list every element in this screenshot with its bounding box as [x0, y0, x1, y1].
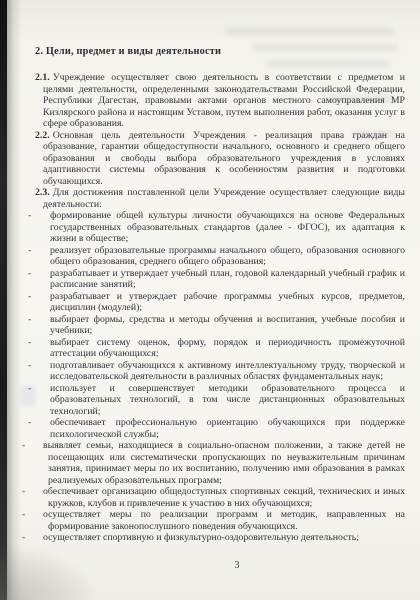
list-item: -формирование общей культуры личности об… [35, 210, 405, 245]
list-item-text: осуществляет меры по реализации программ… [43, 509, 405, 532]
dash-marker: - [35, 532, 43, 544]
paragraph-2-2: 2.2.Основная цель деятельности Учреждени… [35, 130, 405, 188]
dash-marker: - [35, 509, 43, 521]
list-item-text: разрабатывает и утверждает рабочие прогр… [50, 291, 405, 314]
list-item: -реализует образовательные программы нач… [35, 245, 405, 268]
dash-marker: - [39, 245, 50, 257]
list-item-text: подготавливает обучающихся к активному и… [50, 360, 405, 383]
list-item: -обеспечивает профессиональную ориентаци… [35, 417, 405, 440]
list-item-text: выбирает систему оценок, форму, порядок … [50, 337, 405, 360]
paragraph-text: Основная цель деятельности Учреждения - … [43, 130, 405, 187]
paragraph-text: Учреждение осуществляет свою деятельност… [43, 72, 405, 129]
list-item-text: осуществляет спортивную и физкультурно-о… [43, 532, 359, 543]
list-item: -выбирает формы, средства и методы обуче… [35, 314, 405, 337]
book-edge-shadow [7, 0, 22, 600]
paragraph-label: 2.2. [35, 130, 50, 141]
activities-list: -формирование общей культуры личности об… [35, 210, 405, 544]
bleed-through-artifact [226, 28, 394, 35]
dash-marker: - [39, 417, 50, 429]
list-item: -подготавливает обучающихся к активному … [35, 360, 405, 383]
dash-marker: - [39, 291, 50, 303]
list-item-text: формирование общей культуры личности обу… [50, 210, 405, 244]
list-item: -осуществляет спортивную и физкультурно-… [35, 532, 405, 544]
list-item-text: разрабатывает и утверждает учебный план,… [50, 268, 405, 291]
dash-marker: - [39, 360, 50, 372]
list-item-text: реализует образовательные программы нача… [50, 245, 405, 268]
dash-marker: - [35, 440, 43, 452]
dash-marker: - [39, 383, 50, 395]
dash-marker: - [39, 268, 50, 280]
dash-marker: - [35, 486, 43, 498]
document-body: 2. Цели, предмет и виды деятельности 2.1… [35, 46, 405, 544]
paragraph-label: 2.3. [35, 187, 50, 198]
list-item: -разрабатывает и утверждает учебный план… [35, 268, 405, 291]
section-heading: 2. Цели, предмет и виды деятельности [35, 46, 405, 58]
list-item-text: выявляет семьи, находящиеся в социально-… [43, 440, 405, 486]
paragraph-2-1: 2.1.Учреждение осуществляет свою деятель… [35, 72, 405, 130]
paragraph-2-3: 2.3.Для достижения поставленной цели Учр… [35, 187, 405, 210]
page-number: 3 [27, 560, 420, 571]
list-item-text: выбирает формы, средства и методы обучен… [50, 314, 405, 337]
list-item: -использует и совершенствует методики об… [35, 383, 405, 418]
list-item: -выявляет семьи, находящиеся в социально… [35, 440, 405, 486]
list-item-text: использует и совершенствует методики обр… [50, 383, 405, 417]
scanned-document-page: 2. Цели, предмет и виды деятельности 2.1… [0, 0, 420, 600]
paragraph-text: Для достижения поставленной цели Учрежде… [43, 187, 405, 210]
list-item: -обеспечивает организацию общедоступных … [35, 486, 405, 509]
list-item: -разрабатывает и утверждает рабочие прог… [35, 291, 405, 314]
list-item: -выбирает систему оценок, форму, порядок… [35, 337, 405, 360]
dash-marker: - [39, 314, 50, 326]
list-item: -осуществляет меры по реализации програм… [35, 509, 405, 532]
dash-marker: - [39, 210, 50, 222]
paragraph-label: 2.1. [35, 72, 50, 83]
dash-marker: - [39, 337, 50, 349]
list-item-text: обеспечивает организацию общедоступных с… [43, 486, 405, 509]
book-edge-strip [0, 0, 7, 600]
list-item-text: обеспечивает профессиональную ориентацию… [50, 417, 405, 440]
